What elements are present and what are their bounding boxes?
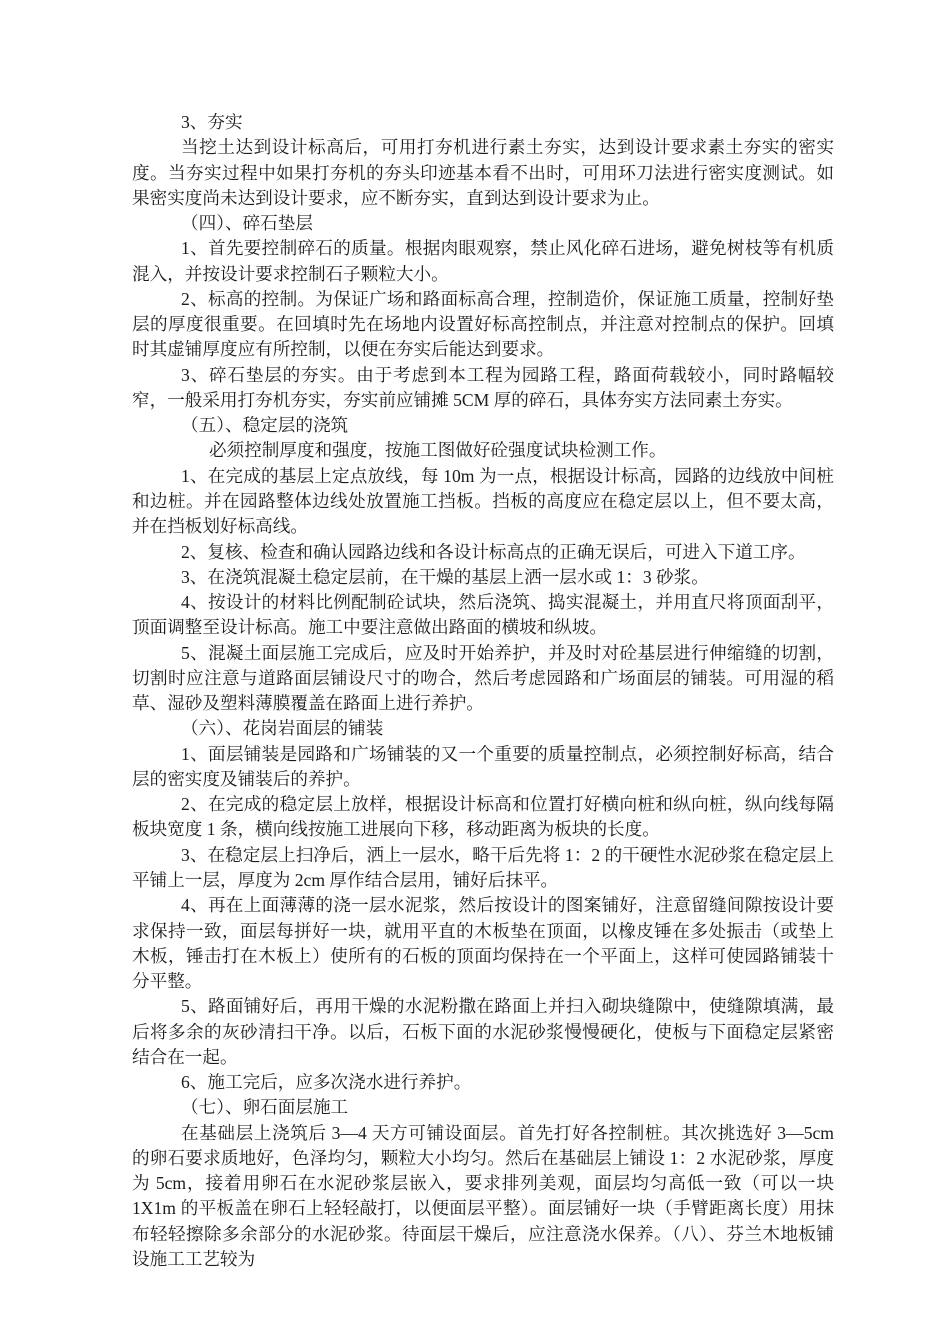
numbered-heading-compaction: 3、夯实 [132, 110, 834, 135]
paragraph: 5、混凝土面层施工完成后，应及时开始养护，并及时对砼基层进行伸缩缝的切割，切割时… [132, 641, 834, 717]
paragraph: 1、首先要控制碎石的质量。根据肉眼观察，禁止风化碎石进场，避免树枝等有机质混入，… [132, 236, 834, 287]
paragraph: 3、在浇筑混凝土稳定层前，在干燥的基层上洒一层水或 1：3 砂浆。 [132, 565, 834, 590]
paragraph: 2、标高的控制。为保证广场和路面标高合理，控制造价，保证施工质量，控制好垫层的厚… [132, 287, 834, 363]
section-heading-gravel-cushion: （四）、碎石垫层 [132, 211, 834, 236]
paragraph: 3、碎石垫层的夯实。由于考虑到本工程为园路工程，路面荷载较小，同时路幅较窄，一般… [132, 363, 834, 414]
paragraph: 2、在完成的稳定层上放样，根据设计标高和位置打好横向桩和纵向桩，纵向线每隔板块宽… [132, 792, 834, 843]
paragraph: 4、按设计的材料比例配制砼试块，然后浇筑、捣实混凝土，并用直尺将顶面刮平，顶面调… [132, 590, 834, 641]
paragraph: 6、施工完后，应多次浇水进行养护。 [132, 1070, 834, 1095]
paragraph: 当挖土达到设计标高后，可用打夯机进行素土夯实，达到设计要求素土夯实的密实度。当夯… [132, 135, 834, 211]
section-heading-granite-paving: （六）、花岗岩面层的铺装 [132, 716, 834, 741]
paragraph: 1、面层铺装是园路和广场铺装的又一个重要的质量控制点，必须控制好标高，结合层的密… [132, 742, 834, 793]
paragraph: 5、路面铺好后，再用干燥的水泥粉撒在路面上并扫入砌块缝隙中，使缝隙填满，最后将多… [132, 994, 834, 1070]
paragraph: 4、再在上面薄薄的浇一层水泥浆，然后按设计的图案铺好，注意留缝间隙按设计要求保持… [132, 893, 834, 994]
document-page: 3、夯实 当挖土达到设计标高后，可用打夯机进行素土夯实，达到设计要求素土夯实的密… [0, 0, 950, 1344]
paragraph: 3、在稳定层上扫净后，洒上一层水，略干后先将 1：2 的干硬性水泥砂浆在稳定层上… [132, 843, 834, 894]
section-heading-stabilizing-layer: （五）、稳定层的浇筑 [132, 413, 834, 438]
paragraph: 1、在完成的基层上定点放线，每 10m 为一点，根据设计标高，园路的边线放中间桩… [132, 464, 834, 540]
paragraph: 在基础层上浇筑后 3—4 天方可铺设面层。首先打好各控制桩。其次挑选好 3—5c… [132, 1121, 834, 1273]
document-body: 3、夯实 当挖土达到设计标高后，可用打夯机进行素土夯实，达到设计要求素土夯实的密… [132, 110, 834, 1272]
paragraph: 必须控制厚度和强度，按施工图做好砼强度试块检测工作。 [132, 438, 834, 463]
section-heading-cobble-surface: （七）、卵石面层施工 [132, 1095, 834, 1120]
paragraph: 2、复核、检查和确认园路边线和各设计标高点的正确无误后，可进入下道工序。 [132, 540, 834, 565]
